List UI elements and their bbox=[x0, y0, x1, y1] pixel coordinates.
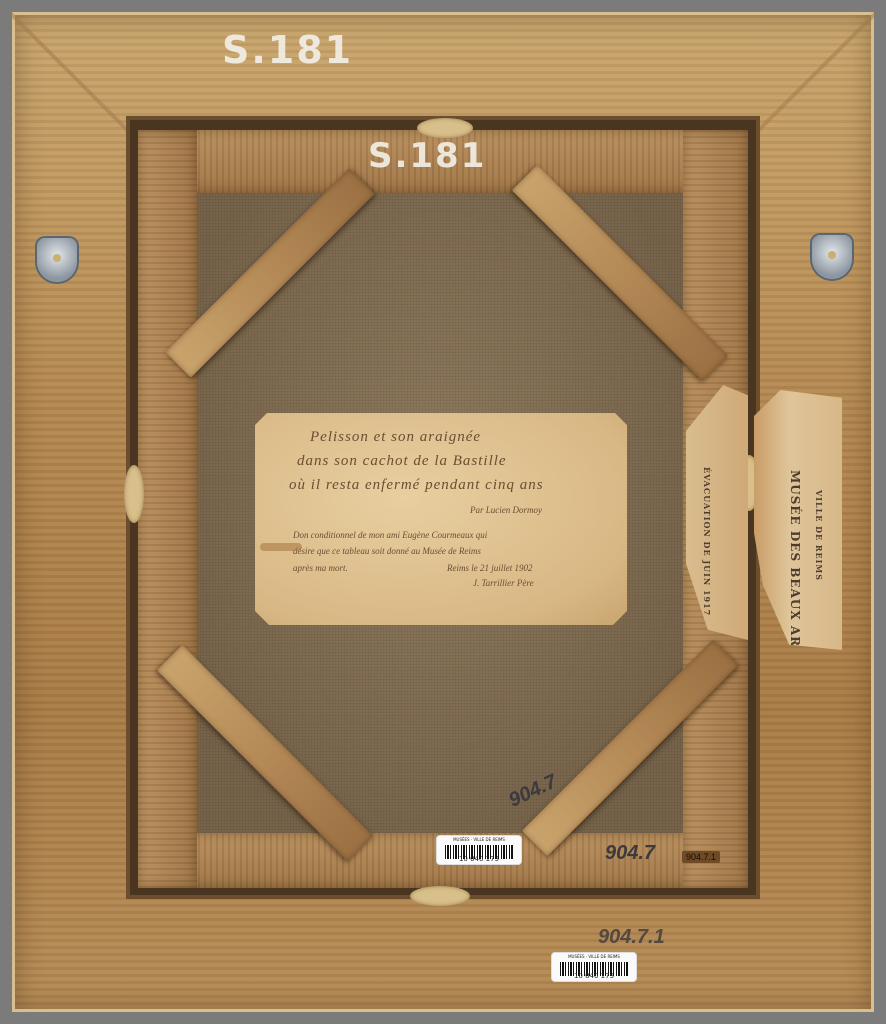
label-artist: Par Lucien Dormoy bbox=[470, 505, 542, 515]
barcode-sticker-frame: MUSÉES · VILLE DE REIMS 10 040 175 bbox=[552, 953, 636, 981]
stain bbox=[260, 543, 302, 551]
barcode-number: 10 040 175 bbox=[552, 972, 636, 980]
stretcher-left-bar bbox=[138, 130, 197, 888]
label-title-line-1: Pelisson et son araignée bbox=[310, 429, 481, 446]
cork-spacer-bottom bbox=[410, 886, 470, 906]
stretcher-stencil-number: S.181 bbox=[368, 136, 486, 176]
barcode-header: MUSÉES · VILLE DE REIMS bbox=[437, 837, 521, 842]
hanging-bracket-left-icon bbox=[37, 238, 77, 282]
label-note-line-3: après ma mort. bbox=[293, 563, 348, 573]
label-note-line-2: désire que ce tableau soit donné au Musé… bbox=[293, 546, 481, 556]
museum-name: MUSÉE DES BEAUX ARTS bbox=[788, 470, 802, 667]
barcode-number: 10 040 175 bbox=[437, 855, 521, 863]
stretcher-inventory-tag: 904.7.1 bbox=[682, 851, 720, 863]
cork-spacer-left bbox=[124, 465, 144, 523]
stretcher-inventory-mark: 904.7 bbox=[605, 842, 655, 865]
museum-city: VILLE DE REIMS bbox=[814, 490, 824, 581]
hanging-bracket-right-icon bbox=[812, 235, 852, 279]
evacuation-text: ÉVACUATION DE JUIN 1917 bbox=[702, 467, 712, 616]
frame-inventory-mark: 904.7.1 bbox=[598, 926, 665, 949]
frame-stencil-number: S.181 bbox=[222, 28, 353, 72]
label-signature: J. Tarrillier Père bbox=[473, 578, 534, 588]
barcode-header: MUSÉES · VILLE DE REIMS bbox=[552, 954, 636, 959]
label-title-line-2: dans son cachot de la Bastille bbox=[297, 453, 507, 470]
barcode-sticker-stretcher: MUSÉES · VILLE DE REIMS 10 040 175 bbox=[437, 836, 521, 864]
label-note-line-1: Don conditionnel de mon ami Eugène Courm… bbox=[293, 530, 487, 540]
label-date: Reims le 21 juillet 1902 bbox=[447, 563, 533, 573]
cork-spacer-top bbox=[417, 118, 473, 138]
label-title-line-3: où il resta enfermé pendant cinq ans bbox=[289, 477, 544, 494]
handwritten-provenance-label: Pelisson et son araignée dans son cachot… bbox=[255, 413, 627, 625]
